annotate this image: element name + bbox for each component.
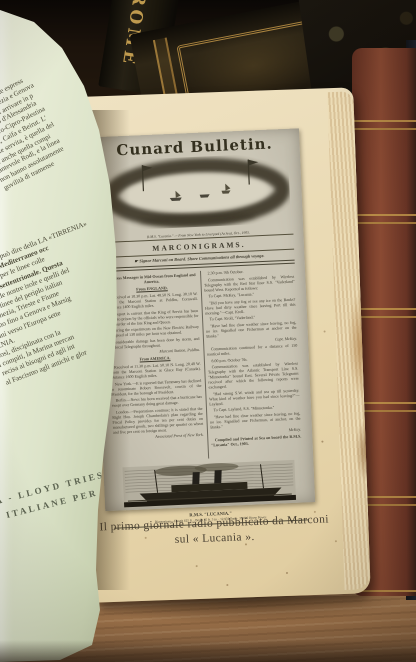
text-line: Compiled and Printed at Sea on board the…: [211, 434, 302, 448]
bulletin-right-column: 2.30 p.m. 9th October.Communication was …: [199, 267, 305, 459]
text-line: Communication was established by Wireles…: [208, 361, 300, 390]
lucania-ship-engraving: [120, 458, 298, 510]
pointing-hand-icon: ☛: [134, 258, 138, 263]
bottom-shadow: [0, 640, 416, 662]
bulletin-columns: Wireless Messages in Mid-Ocean from Engl…: [103, 267, 305, 463]
page-stain: [355, 421, 367, 481]
photo-of-open-book: ROME Cunard Bulletin.: [0, 0, 416, 662]
